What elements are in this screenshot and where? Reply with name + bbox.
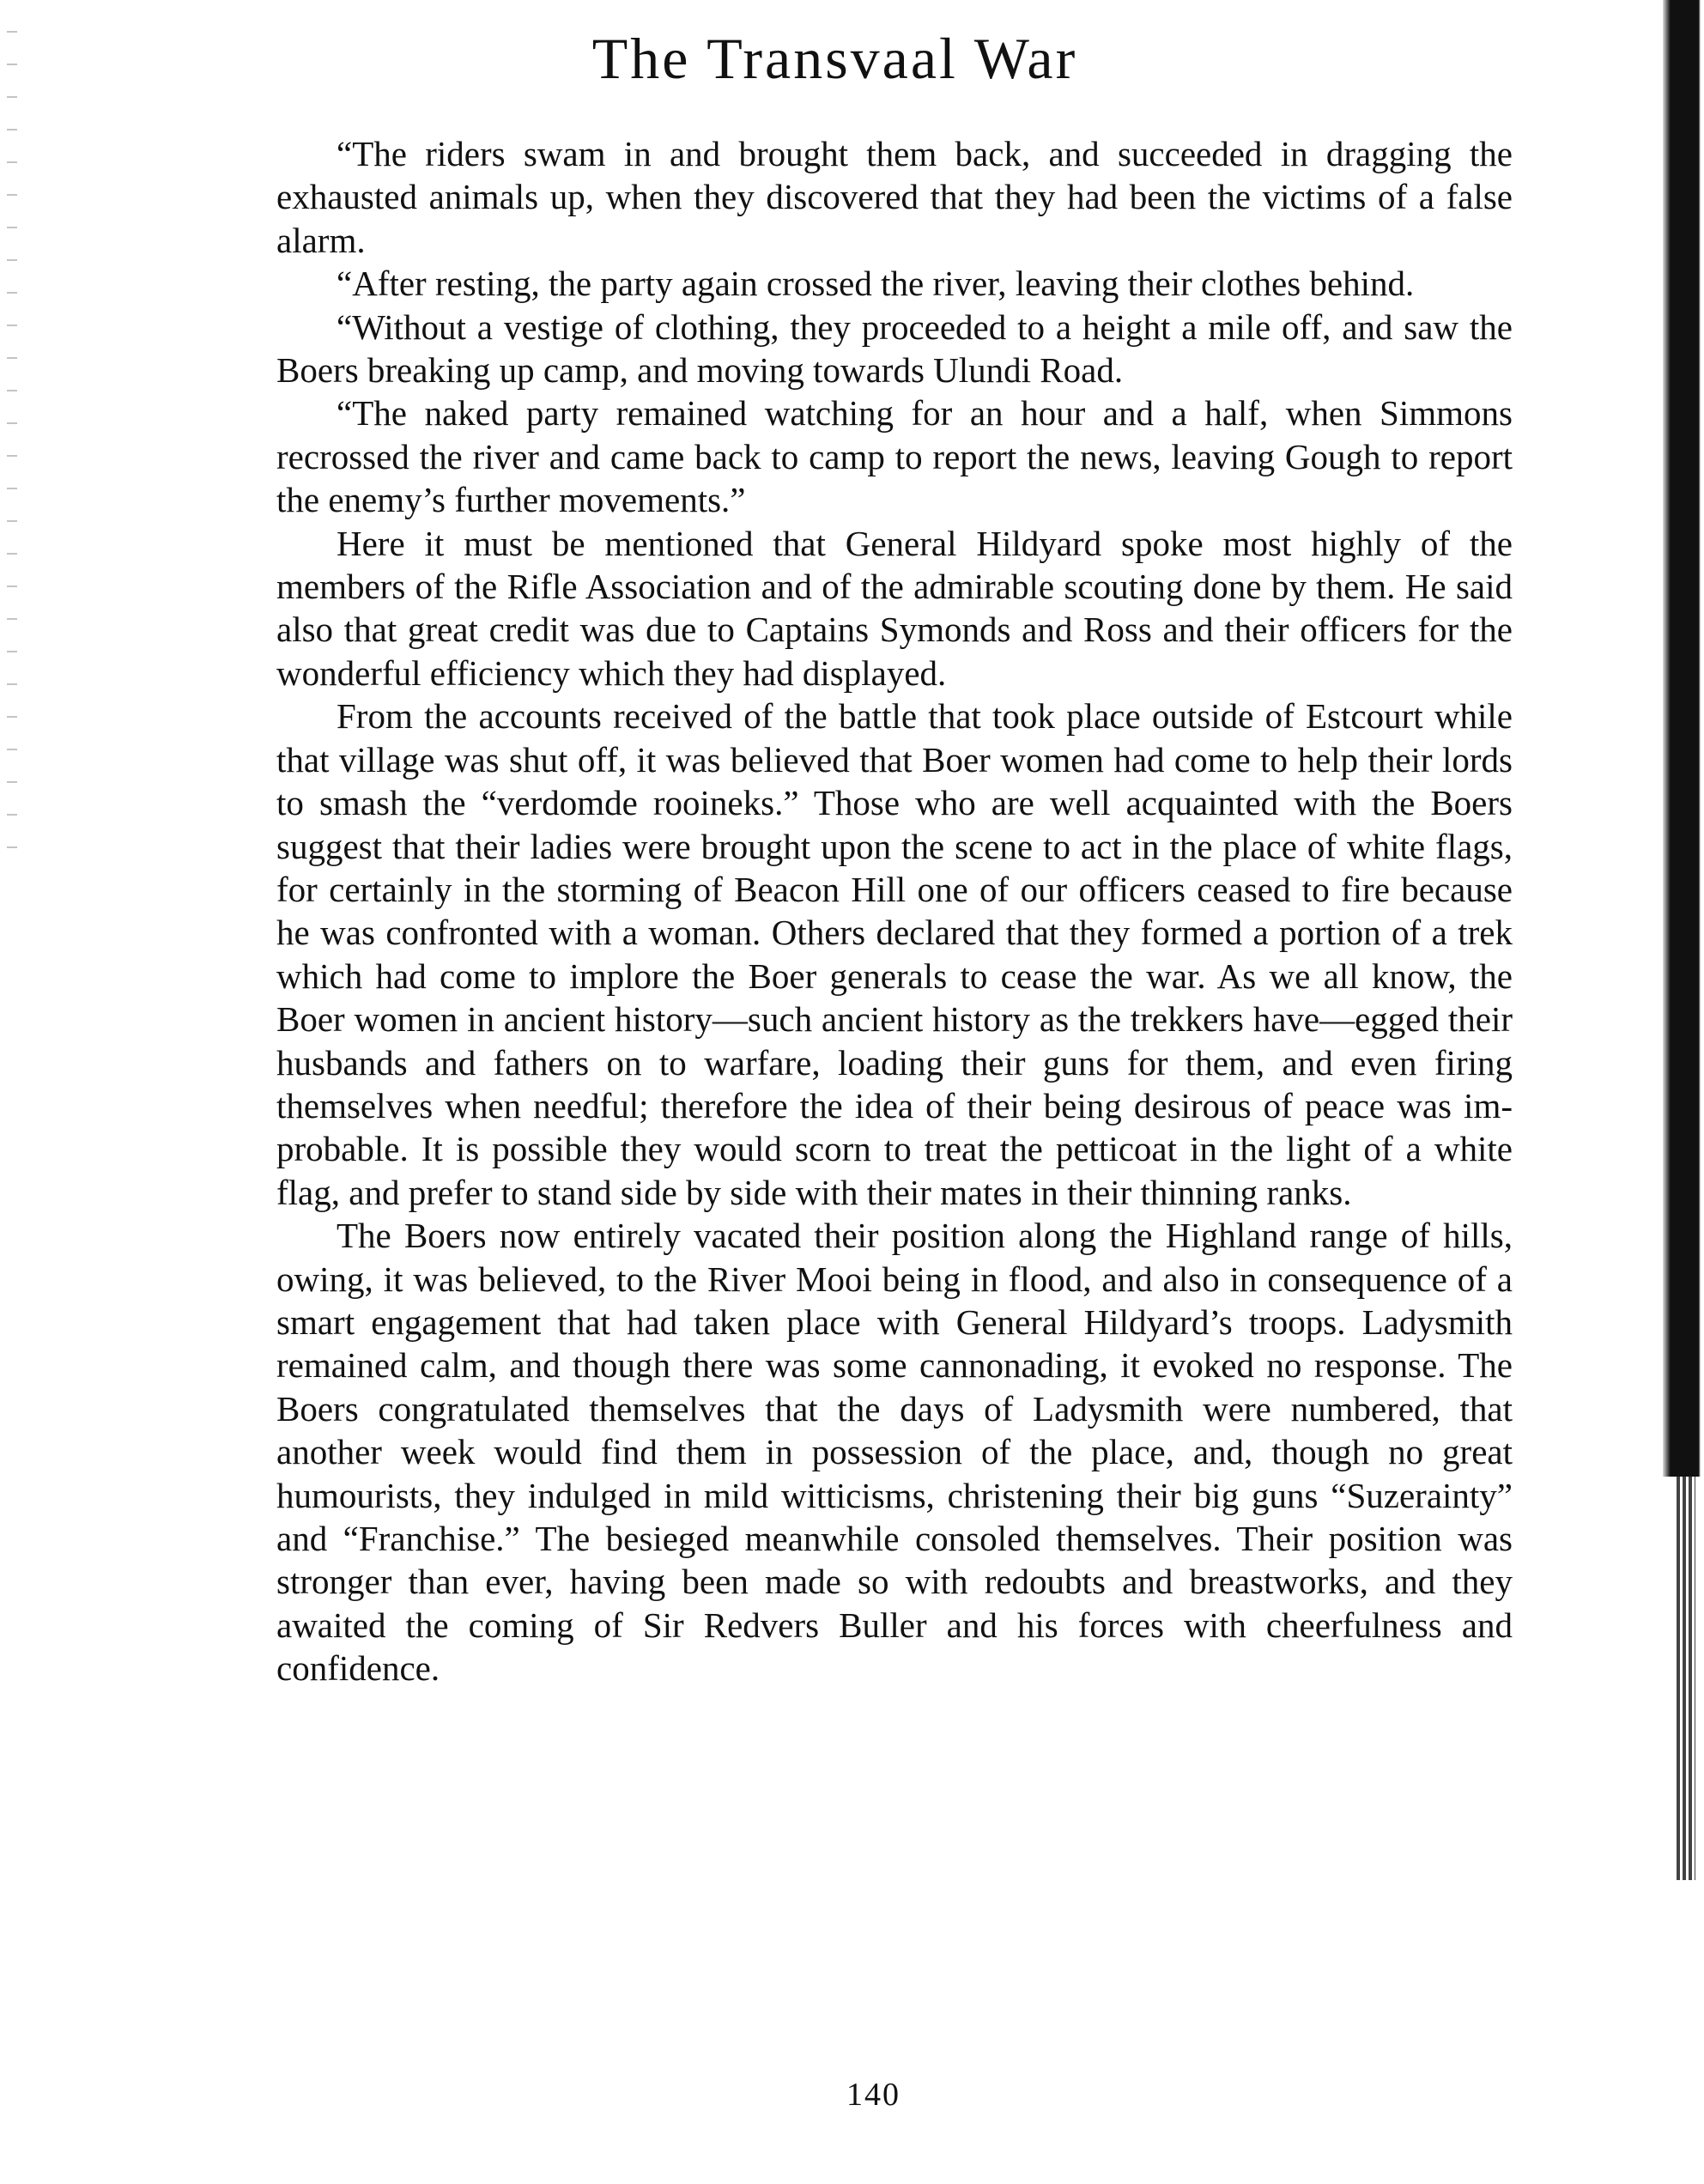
page-number: 140 (0, 2076, 1704, 2114)
paragraph: Here it must be mentioned that General H… (276, 522, 1513, 695)
paragraph: From the accounts received of the battle… (276, 695, 1513, 1214)
body-text: “The riders swam in and brought them bac… (276, 132, 1513, 1690)
paragraph: “The naked party remained watching for a… (276, 391, 1513, 521)
paragraph: “The riders swam in and brought them bac… (276, 132, 1513, 262)
paragraph: “After resting, the party again crossed … (276, 262, 1513, 305)
paragraph: “Without a vestige of clothing, they pro… (276, 306, 1513, 392)
binding-shadow-tail (1677, 1477, 1695, 1880)
binding-shadow-band (1663, 0, 1701, 1477)
book-page: The Transvaal War “The riders swam in an… (0, 0, 1704, 2184)
running-head: The Transvaal War (0, 24, 1704, 93)
scan-margin-specks (7, 0, 17, 858)
paragraph: The Boers now entirely vacated their pos… (276, 1214, 1513, 1690)
binding-shadow (1659, 0, 1704, 2184)
